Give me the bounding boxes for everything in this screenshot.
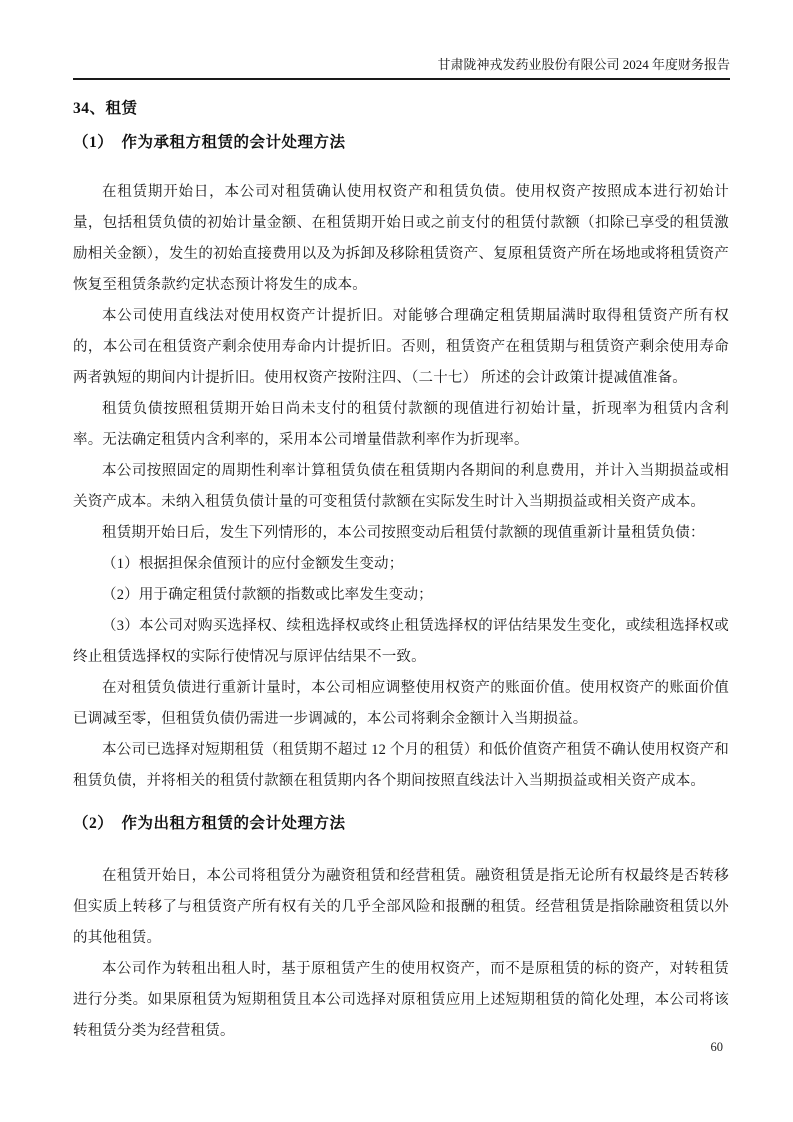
paragraph: 本公司作为转租出租人时，基于原租赁产生的使用权资产，而不是原租赁的标的资产，对转… <box>73 954 729 1047</box>
list-item-paragraph: （2）用于确定租赁付款额的指数或比率发生变动； <box>73 580 729 611</box>
document-page: 甘肃陇神戎发药业股份有限公司 2024 年度财务报告 34、租赁 （1） 作为承… <box>0 0 793 1122</box>
subsection-heading-lessee: （1） 作为承租方租赁的会计处理方法 <box>73 133 729 153</box>
paragraph: 本公司已选择对短期租赁（租赁期不超过 12 个月的租赁）和低价值资产租赁不确认使… <box>73 735 729 797</box>
page-content: 34、租赁 （1） 作为承租方租赁的会计处理方法 在租赁期开始日，本公司对租赁确… <box>73 80 729 1047</box>
list-item-paragraph: （1）根据担保余值预计的应付金额发生变动； <box>73 549 729 580</box>
paragraph: 在对租赁负债进行重新计量时，本公司相应调整使用权资产的账面价值。使用权资产的账面… <box>73 673 729 735</box>
paragraph: 本公司使用直线法对使用权资产计提折旧。对能够合理确定租赁期届满时取得租赁资产所有… <box>73 301 729 394</box>
section-title: 34、租赁 <box>73 99 729 119</box>
paragraph: 租赁负债按照租赁期开始日尚未支付的租赁付款额的现值进行初始计量，折现率为租赁内含… <box>73 394 729 456</box>
report-header: 甘肃陇神戎发药业股份有限公司 2024 年度财务报告 <box>73 56 730 80</box>
paragraph: 本公司按照固定的周期性利率计算租赁负债在租赁期内各期间的利息费用，并计入当期损益… <box>73 456 729 518</box>
report-header-title: 甘肃陇神戎发药业股份有限公司 2024 年度财务报告 <box>437 57 730 72</box>
paragraph: 在租赁期开始日，本公司对租赁确认使用权资产和租赁负债。使用权资产按照成本进行初始… <box>73 177 729 301</box>
page-number: 60 <box>711 1040 724 1055</box>
subsection-heading-lessor: （2） 作为出租方租赁的会计处理方法 <box>73 814 729 834</box>
paragraph: 在租赁开始日，本公司将租赁分为融资租赁和经营租赁。融资租赁是指无论所有权最终是否… <box>73 861 729 954</box>
paragraph: 租赁期开始日后，发生下列情形的，本公司按照变动后租赁付款额的现值重新计量租赁负债… <box>73 518 729 549</box>
list-item-paragraph: （3）本公司对购买选择权、续租选择权或终止租赁选择权的评估结果发生变化，或续租选… <box>73 611 729 673</box>
subsection-lessee-body: 在租赁期开始日，本公司对租赁确认使用权资产和租赁负债。使用权资产按照成本进行初始… <box>73 177 729 797</box>
subsection-lessor-body: 在租赁开始日，本公司将租赁分为融资租赁和经营租赁。融资租赁是指无论所有权最终是否… <box>73 861 729 1047</box>
